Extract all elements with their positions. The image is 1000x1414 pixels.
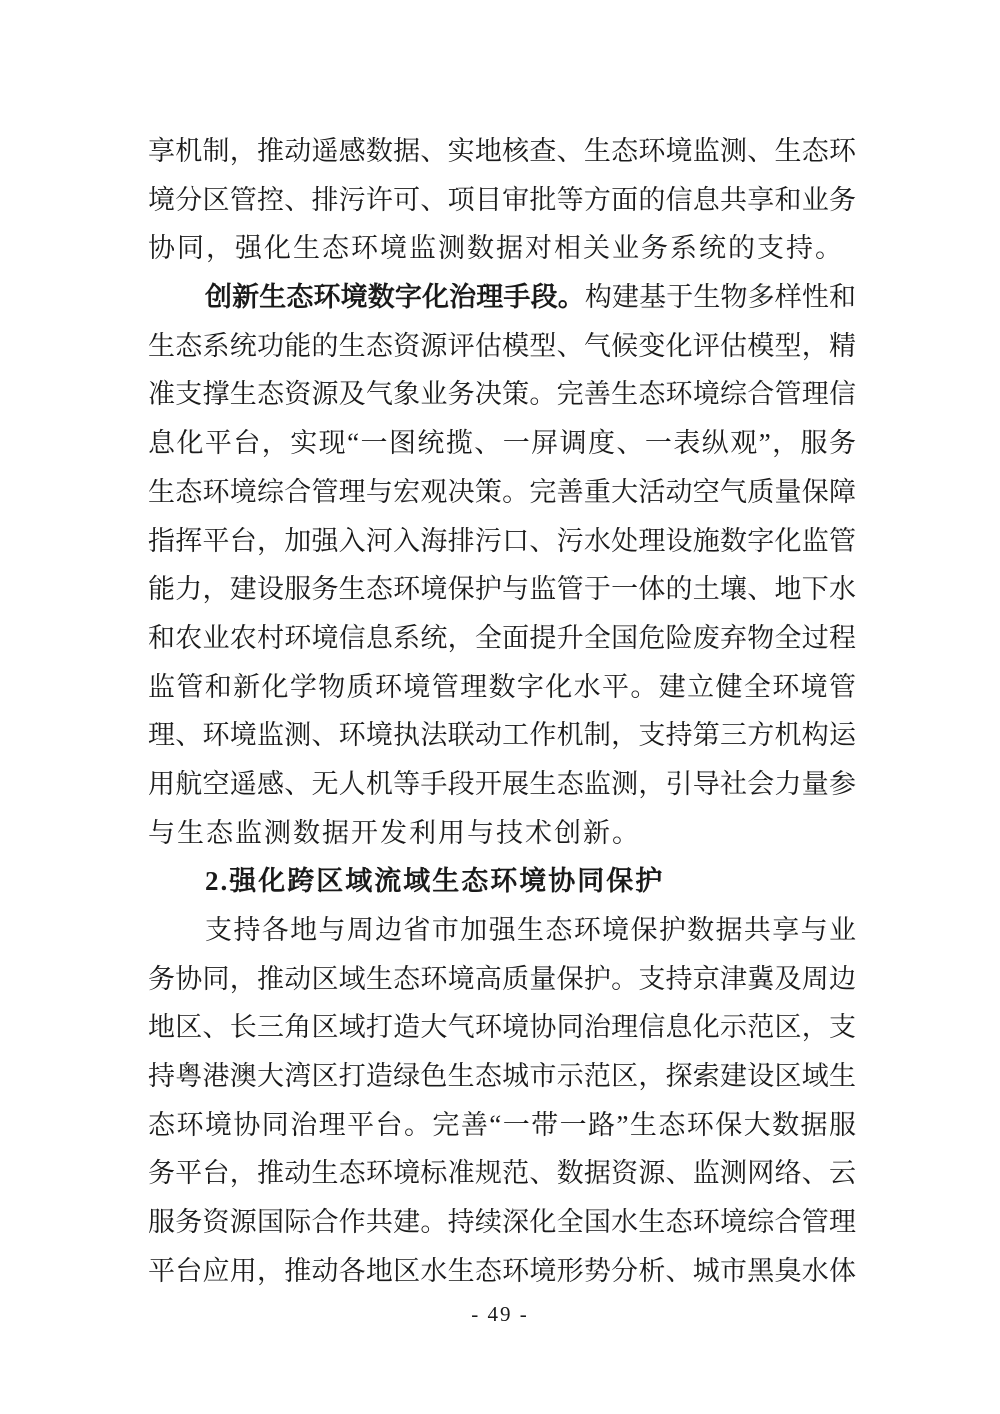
paragraph-line: 指挥平台，加强入河入海排污口、污水处理设施数字化监管	[148, 517, 856, 566]
paragraph-line: 生态环境综合管理与宏观决策。完善重大活动空气质量保障	[148, 468, 856, 517]
paragraph-line: 平台应用，推动各地区水生态环境形势分析、城市黑臭水体	[148, 1247, 856, 1296]
paragraph-line: 境分区管控、排污许可、项目审批等方面的信息共享和业务	[148, 176, 856, 225]
bold-lead-text: 创新生态环境数字化治理手段。	[205, 282, 585, 312]
page-number: - 49 -	[0, 1300, 1000, 1328]
paragraph-line: 创新生态环境数字化治理手段。构建基于生物多样性和	[148, 273, 856, 322]
paragraph-line: 持粤港澳大湾区打造绿色生态城市示范区，探索建设区域生	[148, 1052, 856, 1101]
paragraph-line-text: 构建基于生物多样性和	[585, 282, 856, 312]
section-heading: 2.强化跨区域流域生态环境协同保护	[148, 857, 856, 906]
paragraph-line: 支持各地与周边省市加强生态环境保护数据共享与业	[148, 906, 856, 955]
paragraph-line: 息化平台，实现“一图统揽、一屏调度、一表纵观”，服务	[148, 419, 856, 468]
paragraph-line: 服务资源国际合作共建。持续深化全国水生态环境综合管理	[148, 1198, 856, 1247]
paragraph-line: 准支撑生态资源及气象业务决策。完善生态环境综合管理信	[148, 370, 856, 419]
paragraph-line: 生态系统功能的生态资源评估模型、气候变化评估模型，精	[148, 322, 856, 371]
paragraph-line: 理、环境监测、环境执法联动工作机制，支持第三方机构运	[148, 711, 856, 760]
paragraph-line: 监管和新化学物质环境管理数字化水平。建立健全环境管	[148, 663, 856, 712]
paragraph-line: 地区、长三角区域打造大气环境协同治理信息化示范区，支	[148, 1003, 856, 1052]
paragraph-line: 用航空遥感、无人机等手段开展生态监测，引导社会力量参	[148, 760, 856, 809]
paragraph-line: 能力，建设服务生态环境保护与监管于一体的土壤、地下水	[148, 565, 856, 614]
paragraph-line: 务平台，推动生态环境标准规范、数据资源、监测网络、云	[148, 1149, 856, 1198]
paragraph-line: 享机制，推动遥感数据、实地核查、生态环境监测、生态环	[148, 127, 856, 176]
paragraph-line: 与生态监测数据开发利用与技术创新。	[148, 809, 856, 858]
body-text: 享机制，推动遥感数据、实地核查、生态环境监测、生态环 境分区管控、排污许可、项目…	[148, 127, 856, 1296]
paragraph-line: 务协同，推动区域生态环境高质量保护。支持京津冀及周边	[148, 955, 856, 1004]
paragraph-line: 协同，强化生态环境监测数据对相关业务系统的支持。	[148, 224, 856, 273]
paragraph-line: 态环境协同治理平台。完善“一带一路”生态环保大数据服	[148, 1101, 856, 1150]
paragraph-line: 和农业农村环境信息系统，全面提升全国危险废弃物全过程	[148, 614, 856, 663]
